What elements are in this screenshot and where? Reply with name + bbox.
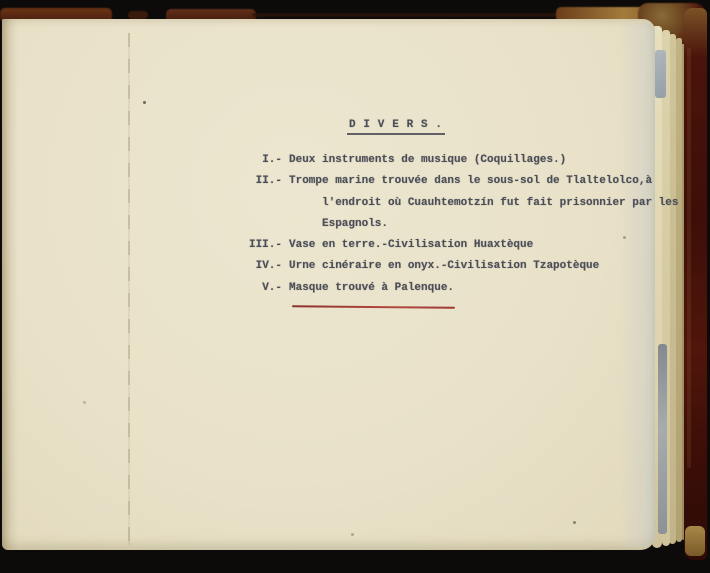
item-text-continuation: Espagnols. — [322, 214, 656, 235]
book-cover-top-edge — [128, 11, 148, 19]
page-stack-edge — [669, 34, 676, 544]
item-numeral: V.- — [226, 278, 282, 299]
cover-worn-corner — [685, 526, 705, 556]
item-text: Urne cinéraire en onyx.-Civilisation Tza… — [289, 256, 599, 277]
list-item: III.-Vase en terre.-Civilisation Huaxtèq… — [226, 235, 656, 256]
scanned-book-spread: D I V E R S . I.-Deux instruments de mus… — [0, 0, 710, 573]
list-item: V.-Masque trouvé à Palenque. — [226, 278, 656, 308]
item-numeral: I.- — [226, 150, 282, 171]
paper-specks — [143, 101, 146, 104]
page-crease — [128, 33, 130, 545]
item-text: Vase en terre.-Civilisation Huaxtèque — [289, 235, 533, 256]
cover-highlight — [687, 48, 691, 468]
item-numeral: III.- — [226, 235, 282, 256]
page-stack-blue-edge-top — [655, 50, 666, 98]
red-pencil-underline — [292, 305, 455, 309]
item-numeral: II.- — [226, 171, 282, 192]
list-item: IV.-Urne cinéraire en onyx.-Civilisation… — [226, 256, 656, 277]
item-text: Trompe marine trouvée dans le sous-sol d… — [289, 171, 652, 192]
list-item: II.-Trompe marine trouvée dans le sous-s… — [226, 171, 656, 235]
page-title: D I V E R S . — [347, 119, 445, 135]
item-text: Masque trouvé à Palenque. — [289, 278, 454, 299]
page-stack-edge — [676, 38, 682, 542]
divers-list: I.-Deux instruments de musique (Coquilla… — [226, 150, 656, 312]
list-item: I.-Deux instruments de musique (Coquilla… — [226, 150, 656, 171]
item-text: Deux instruments de musique (Coquillages… — [289, 150, 566, 171]
page-left-shadow — [2, 19, 18, 550]
book-cover-top-edge — [252, 13, 562, 17]
item-numeral: IV.- — [226, 256, 282, 277]
book-cover-right-edge — [684, 8, 707, 560]
page-stack-blue-edge-bottom — [658, 344, 667, 534]
item-text-continuation: l'endroit où Cuauhtemotzín fut fait pris… — [322, 193, 656, 214]
